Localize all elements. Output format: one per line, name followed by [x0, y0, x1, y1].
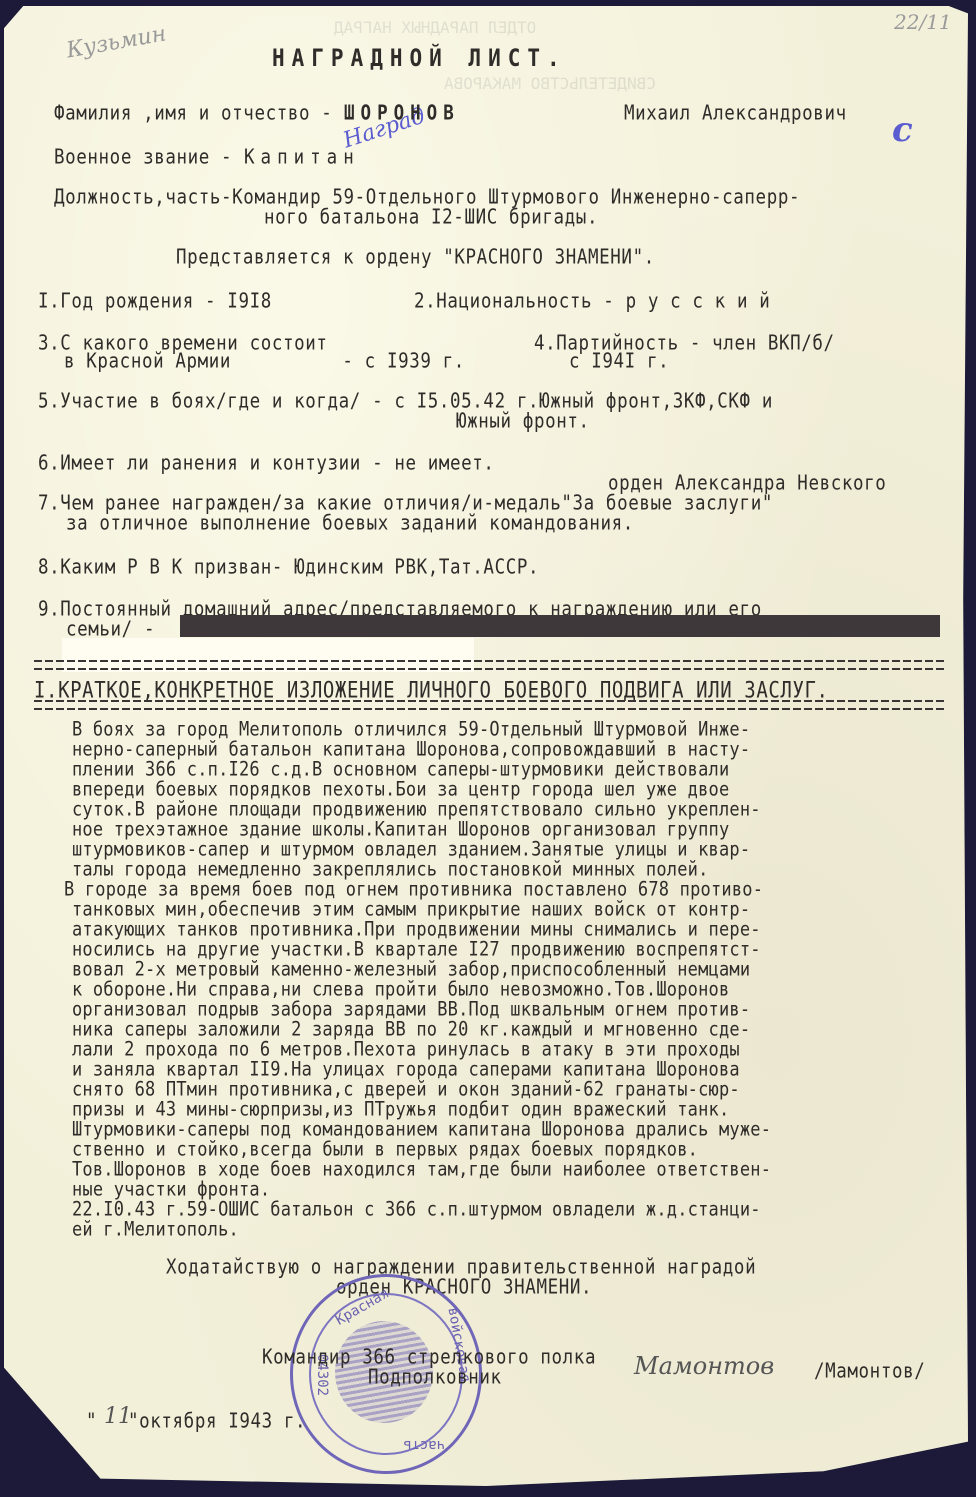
item-6-wounds: 6.Имеет ли ранения и контузии - не имеет… — [38, 452, 495, 475]
position-line-2: ного батальона I2-ШИС бригады. — [264, 206, 598, 229]
item-5-line-1: 5.Участие в боях/где и когда/ - с I5.05.… — [38, 390, 773, 413]
stamp-text-bottom: часть — [403, 1437, 445, 1453]
award-sheet-page: ОТДЕЛ ПАРАДНЫХ НАГРАД СВИДЕТЕЛЬСТВО МАКА… — [4, 6, 968, 1486]
item-4-since: с I94I г. — [569, 350, 669, 373]
nominated-for-award: Представляется к ордену "КРАСНОГО ЗНАМЕН… — [176, 246, 655, 269]
document-title: НАГРАДНОЙ ЛИСТ. — [272, 44, 567, 72]
item-5-line-2: Южный фронт. — [456, 410, 590, 433]
redacted-address — [180, 615, 940, 637]
item-1-birth-year: I.Год рождения - I9I8 — [38, 290, 272, 313]
date-rest: "октября I943 г. — [128, 1410, 306, 1433]
signer-rank: Подполковник — [368, 1366, 502, 1389]
fio-surname: ШОРОНОВ — [344, 102, 460, 125]
item-7-line-2: за отличное выполнение боевых заданий ко… — [66, 512, 634, 535]
pencil-annotation: Кузьмин — [65, 21, 168, 63]
narrative-block: В боях за город Мелитополь отличился 59-… — [72, 718, 771, 1238]
rank-value: Капитан — [244, 146, 360, 169]
bleed-through-text: ОТДЕЛ ПАРАДНЫХ НАГРАД — [334, 18, 536, 37]
fio-label: Фамилия ,имя и отчество - — [54, 102, 332, 125]
signer-name: /Мамонтов/ — [814, 1360, 925, 1383]
dashed-separator-top — [34, 660, 944, 670]
narrative-line: ей г.Мелитополь. — [72, 1218, 771, 1241]
item-8-draft-office: 8.Каким Р В К призван- Юдинским РВК,Тат.… — [38, 556, 539, 579]
corner-number: 22/11 — [894, 10, 952, 34]
handwritten-signature: Мамонтов — [634, 1352, 774, 1380]
item-3-line-2: в Красной Армии - с I939 г. — [64, 350, 465, 373]
fio-name: Михаил Александрович — [624, 102, 847, 125]
dashed-separator-bottom — [34, 700, 944, 710]
bleed-through-text: СВИДЕТЕЛЬСТВО МАКАРОВА — [444, 74, 656, 93]
date-open-quote: " — [86, 1410, 97, 1433]
item-2-nationality: 2.Национальность - р у с с к и й — [414, 290, 770, 313]
rank-label: Военное звание - — [54, 146, 232, 169]
blue-ink-mark: с — [892, 110, 913, 150]
